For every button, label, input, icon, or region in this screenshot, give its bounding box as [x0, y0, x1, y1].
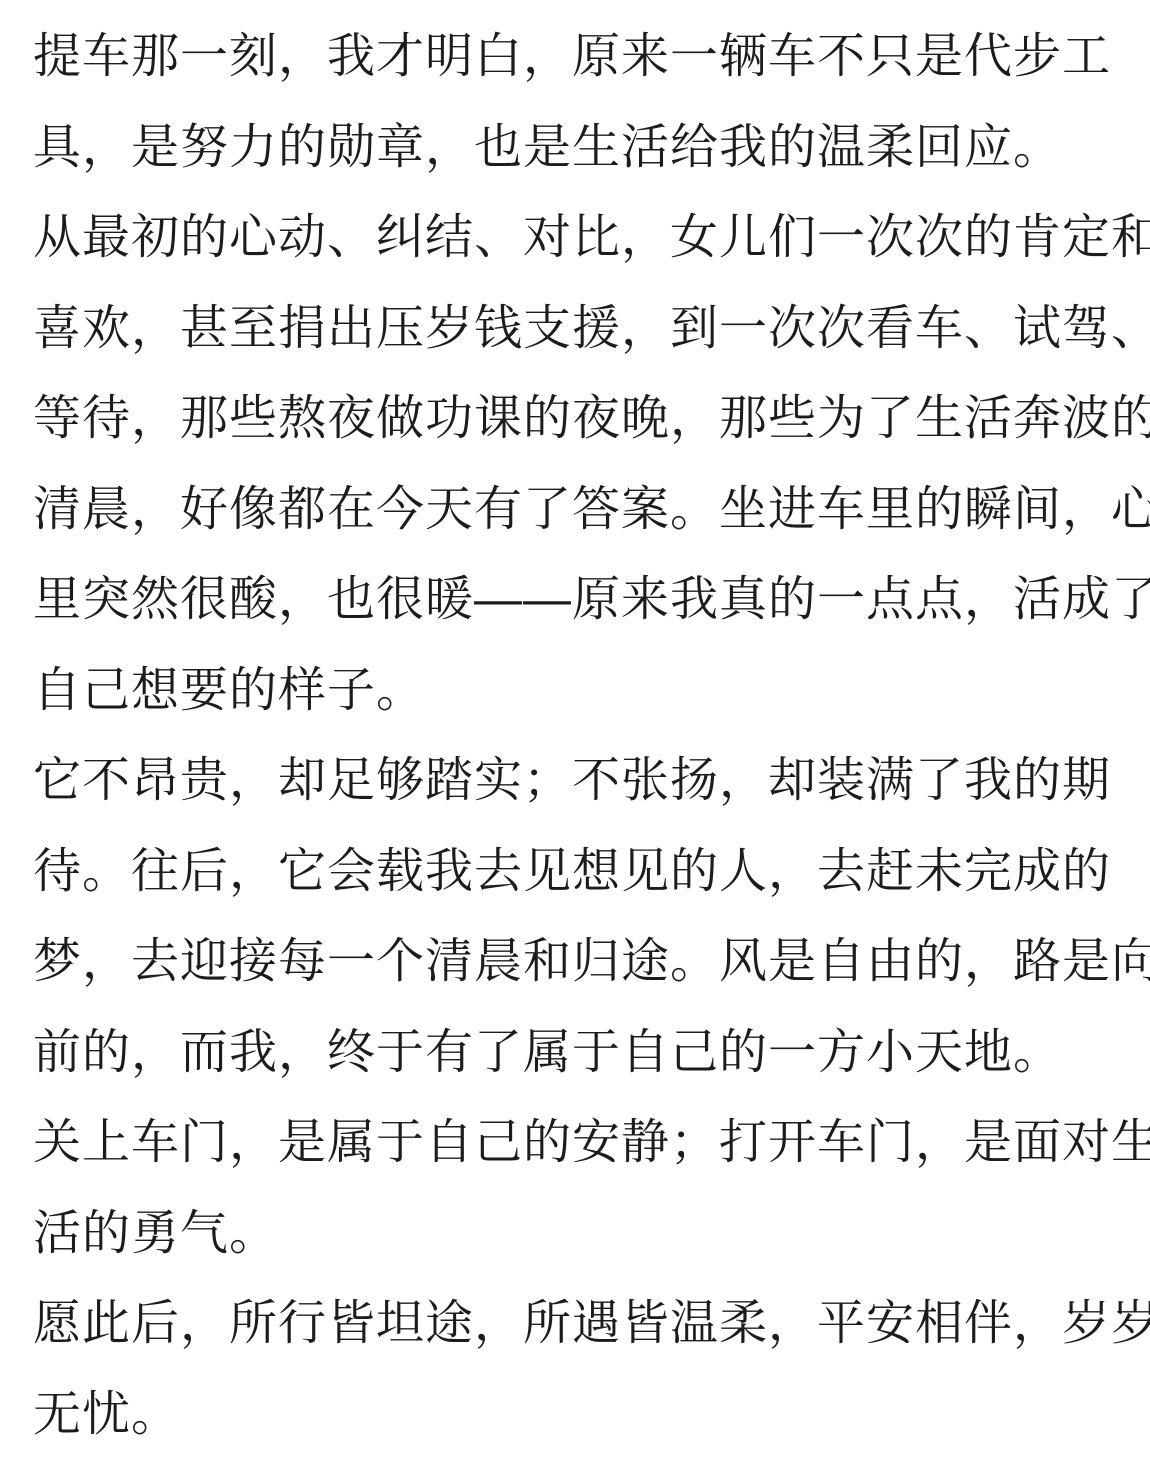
text-line: 提车那一刻，我才明白，原来一辆车不只是代步工 — [33, 12, 1140, 103]
text-line: 待。往后，它会载我去见想见的人，去赶未完成的 — [33, 827, 1140, 918]
text-line: 等待，那些熬夜做功课的夜晚，那些为了生活奔波的 — [33, 374, 1140, 465]
text-line: 前的，而我，终于有了属于自己的一方小天地。 — [33, 1008, 1140, 1099]
text-line: 梦，去迎接每一个清晨和归途。风是自由的，路是向 — [33, 917, 1140, 1008]
text-line: 关上车门，是属于自己的安静；打开车门，是面对生 — [33, 1098, 1140, 1189]
text-line: 具，是努力的勋章，也是生活给我的温柔回应。 — [33, 103, 1140, 194]
text-line: 自己想要的样子。 — [33, 646, 1140, 737]
text-line: 里突然很酸，也很暖——原来我真的一点点，活成了 — [33, 555, 1140, 646]
text-line: 愿此后，所行皆坦途，所遇皆温柔，平安相伴，岁岁 — [33, 1279, 1140, 1370]
essay-text-block: 提车那一刻，我才明白，原来一辆车不只是代步工 具，是努力的勋章，也是生活给我的温… — [33, 12, 1140, 1460]
text-line: 从最初的心动、纠结、对比，女儿们一次次的肯定和 — [33, 193, 1140, 284]
text-line: 它不昂贵，却足够踏实；不张扬，却装满了我的期 — [33, 736, 1140, 827]
text-line: 活的勇气。 — [33, 1189, 1140, 1280]
text-line: 清晨，好像都在今天有了答案。坐进车里的瞬间，心 — [33, 465, 1140, 556]
text-line: 喜欢，甚至捐出压岁钱支援，到一次次看车、试驾、 — [33, 284, 1140, 375]
text-line: 无忧。 — [33, 1370, 1140, 1461]
